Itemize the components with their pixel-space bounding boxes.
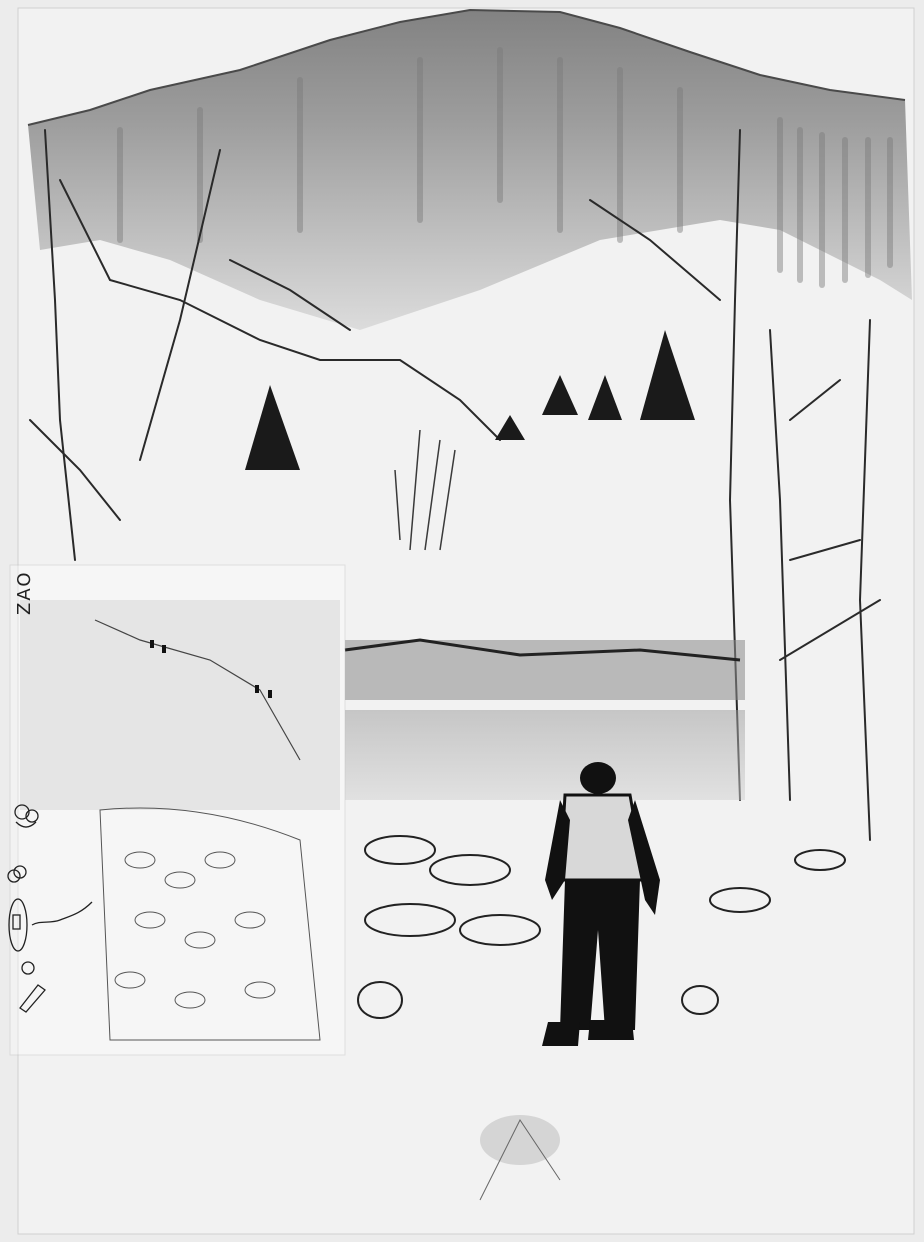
drawing [0, 0, 924, 1242]
handwritten-text: ZAO [14, 571, 35, 616]
artwork-canvas: ZAO [0, 0, 924, 1242]
